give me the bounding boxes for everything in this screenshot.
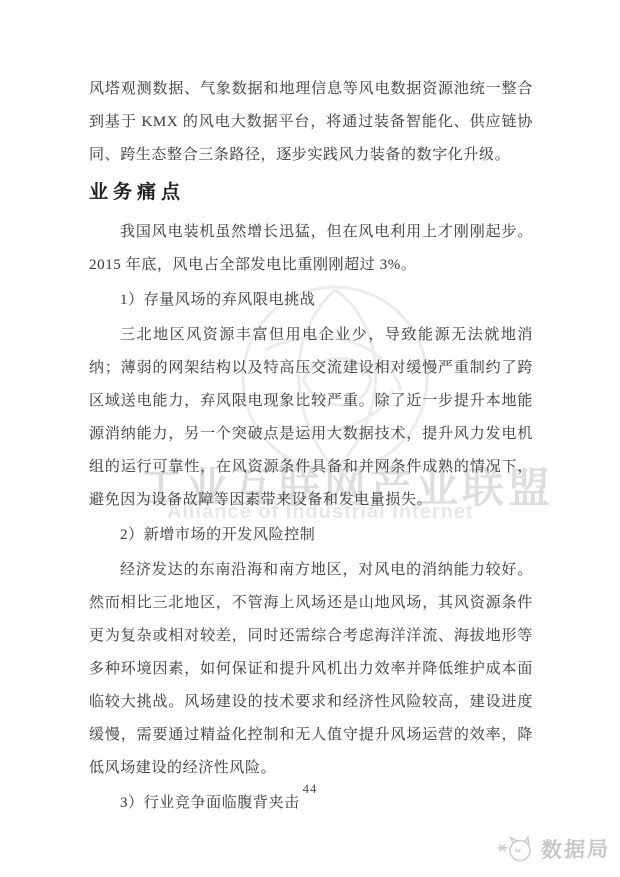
paragraph: 三北地区风资源丰富但用电企业少，导致能源无法就地消纳；薄弱的网架结构以及特高压交…	[89, 319, 533, 517]
numbered-item-2: 2）新增市场的开发风险控制	[89, 519, 533, 552]
page-content: 风塔观测数据、气象数据和地理信息等风电数据资源池统一整合到基于 KMX 的风电大…	[89, 73, 533, 822]
numbered-item-1: 1）存量风场的弃风限电挑战	[89, 284, 533, 317]
paragraph: 我国风电装机虽然增长迅猛，但在风电利用上才刚刚起步。2015 年底，风电占全部发…	[89, 216, 533, 282]
footer-brand-text: 数据局	[540, 833, 610, 864]
paragraph: 经济发达的东南沿海和南方地区，对风电的消纳能力较好。然而相比三北地区，不管海上风…	[89, 554, 533, 785]
page-number: 44	[0, 782, 620, 797]
footer-brand-watermark: 数据局	[496, 833, 611, 865]
section-heading: 业务痛点	[89, 180, 533, 206]
doodle-cat-logo-icon	[496, 834, 537, 865]
document-page: 工业互联网产业联盟 Alliance of Industrial Interne…	[0, 0, 620, 877]
paragraph-intro: 风塔观测数据、气象数据和地理信息等风电数据资源池统一整合到基于 KMX 的风电大…	[89, 73, 533, 172]
